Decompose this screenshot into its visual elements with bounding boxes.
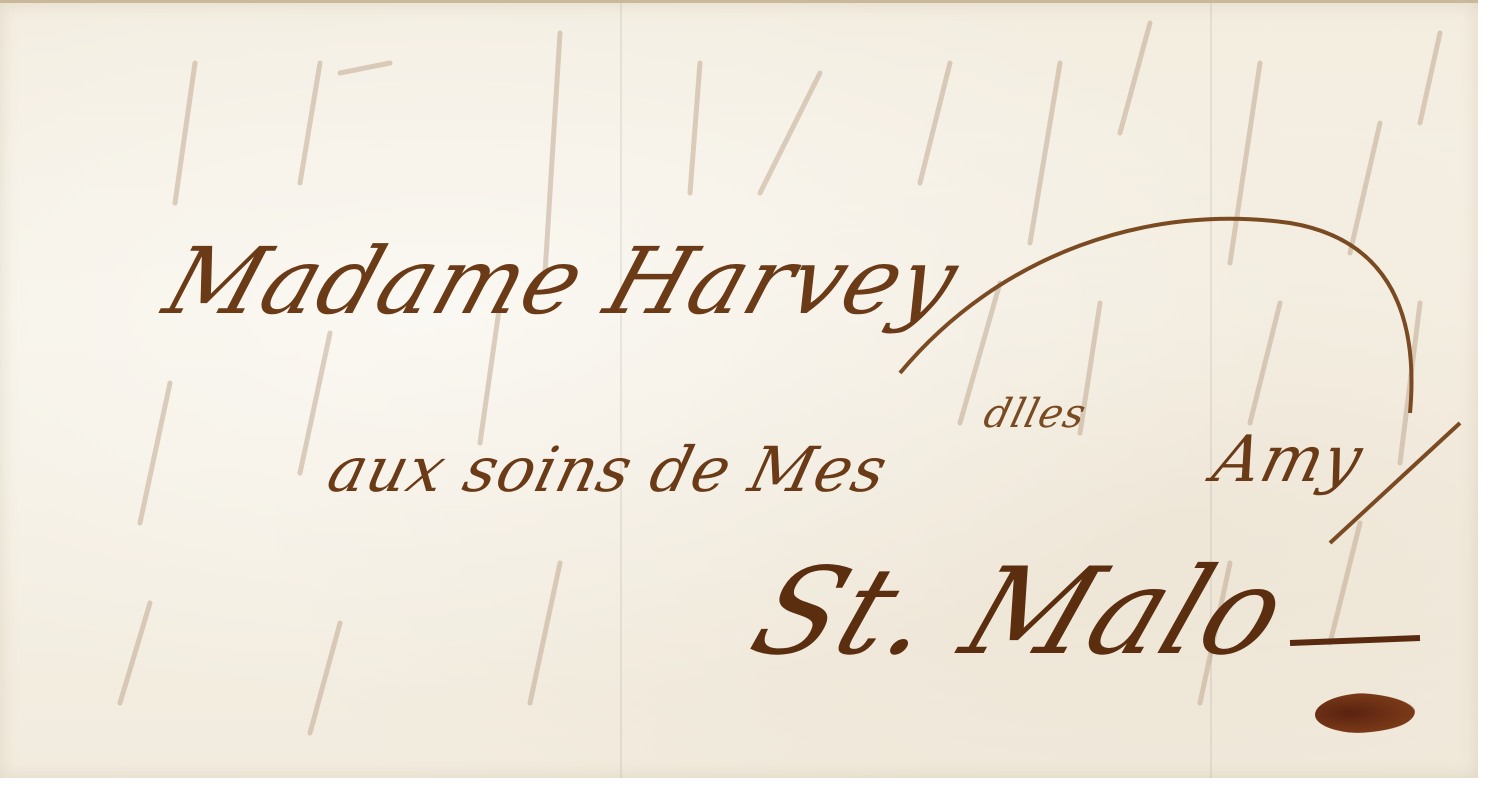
care-of-superscript: dlles [979,391,1091,437]
care-of-name: Amy [1206,423,1371,497]
care-of-line: aux soins de Mes [321,433,895,506]
addressee-name: Madame Harvey [153,228,972,335]
destination-city: St. Malo [735,543,1305,682]
letter-paper: Madame Harvey aux soins de Mes dlles Amy… [0,0,1478,778]
